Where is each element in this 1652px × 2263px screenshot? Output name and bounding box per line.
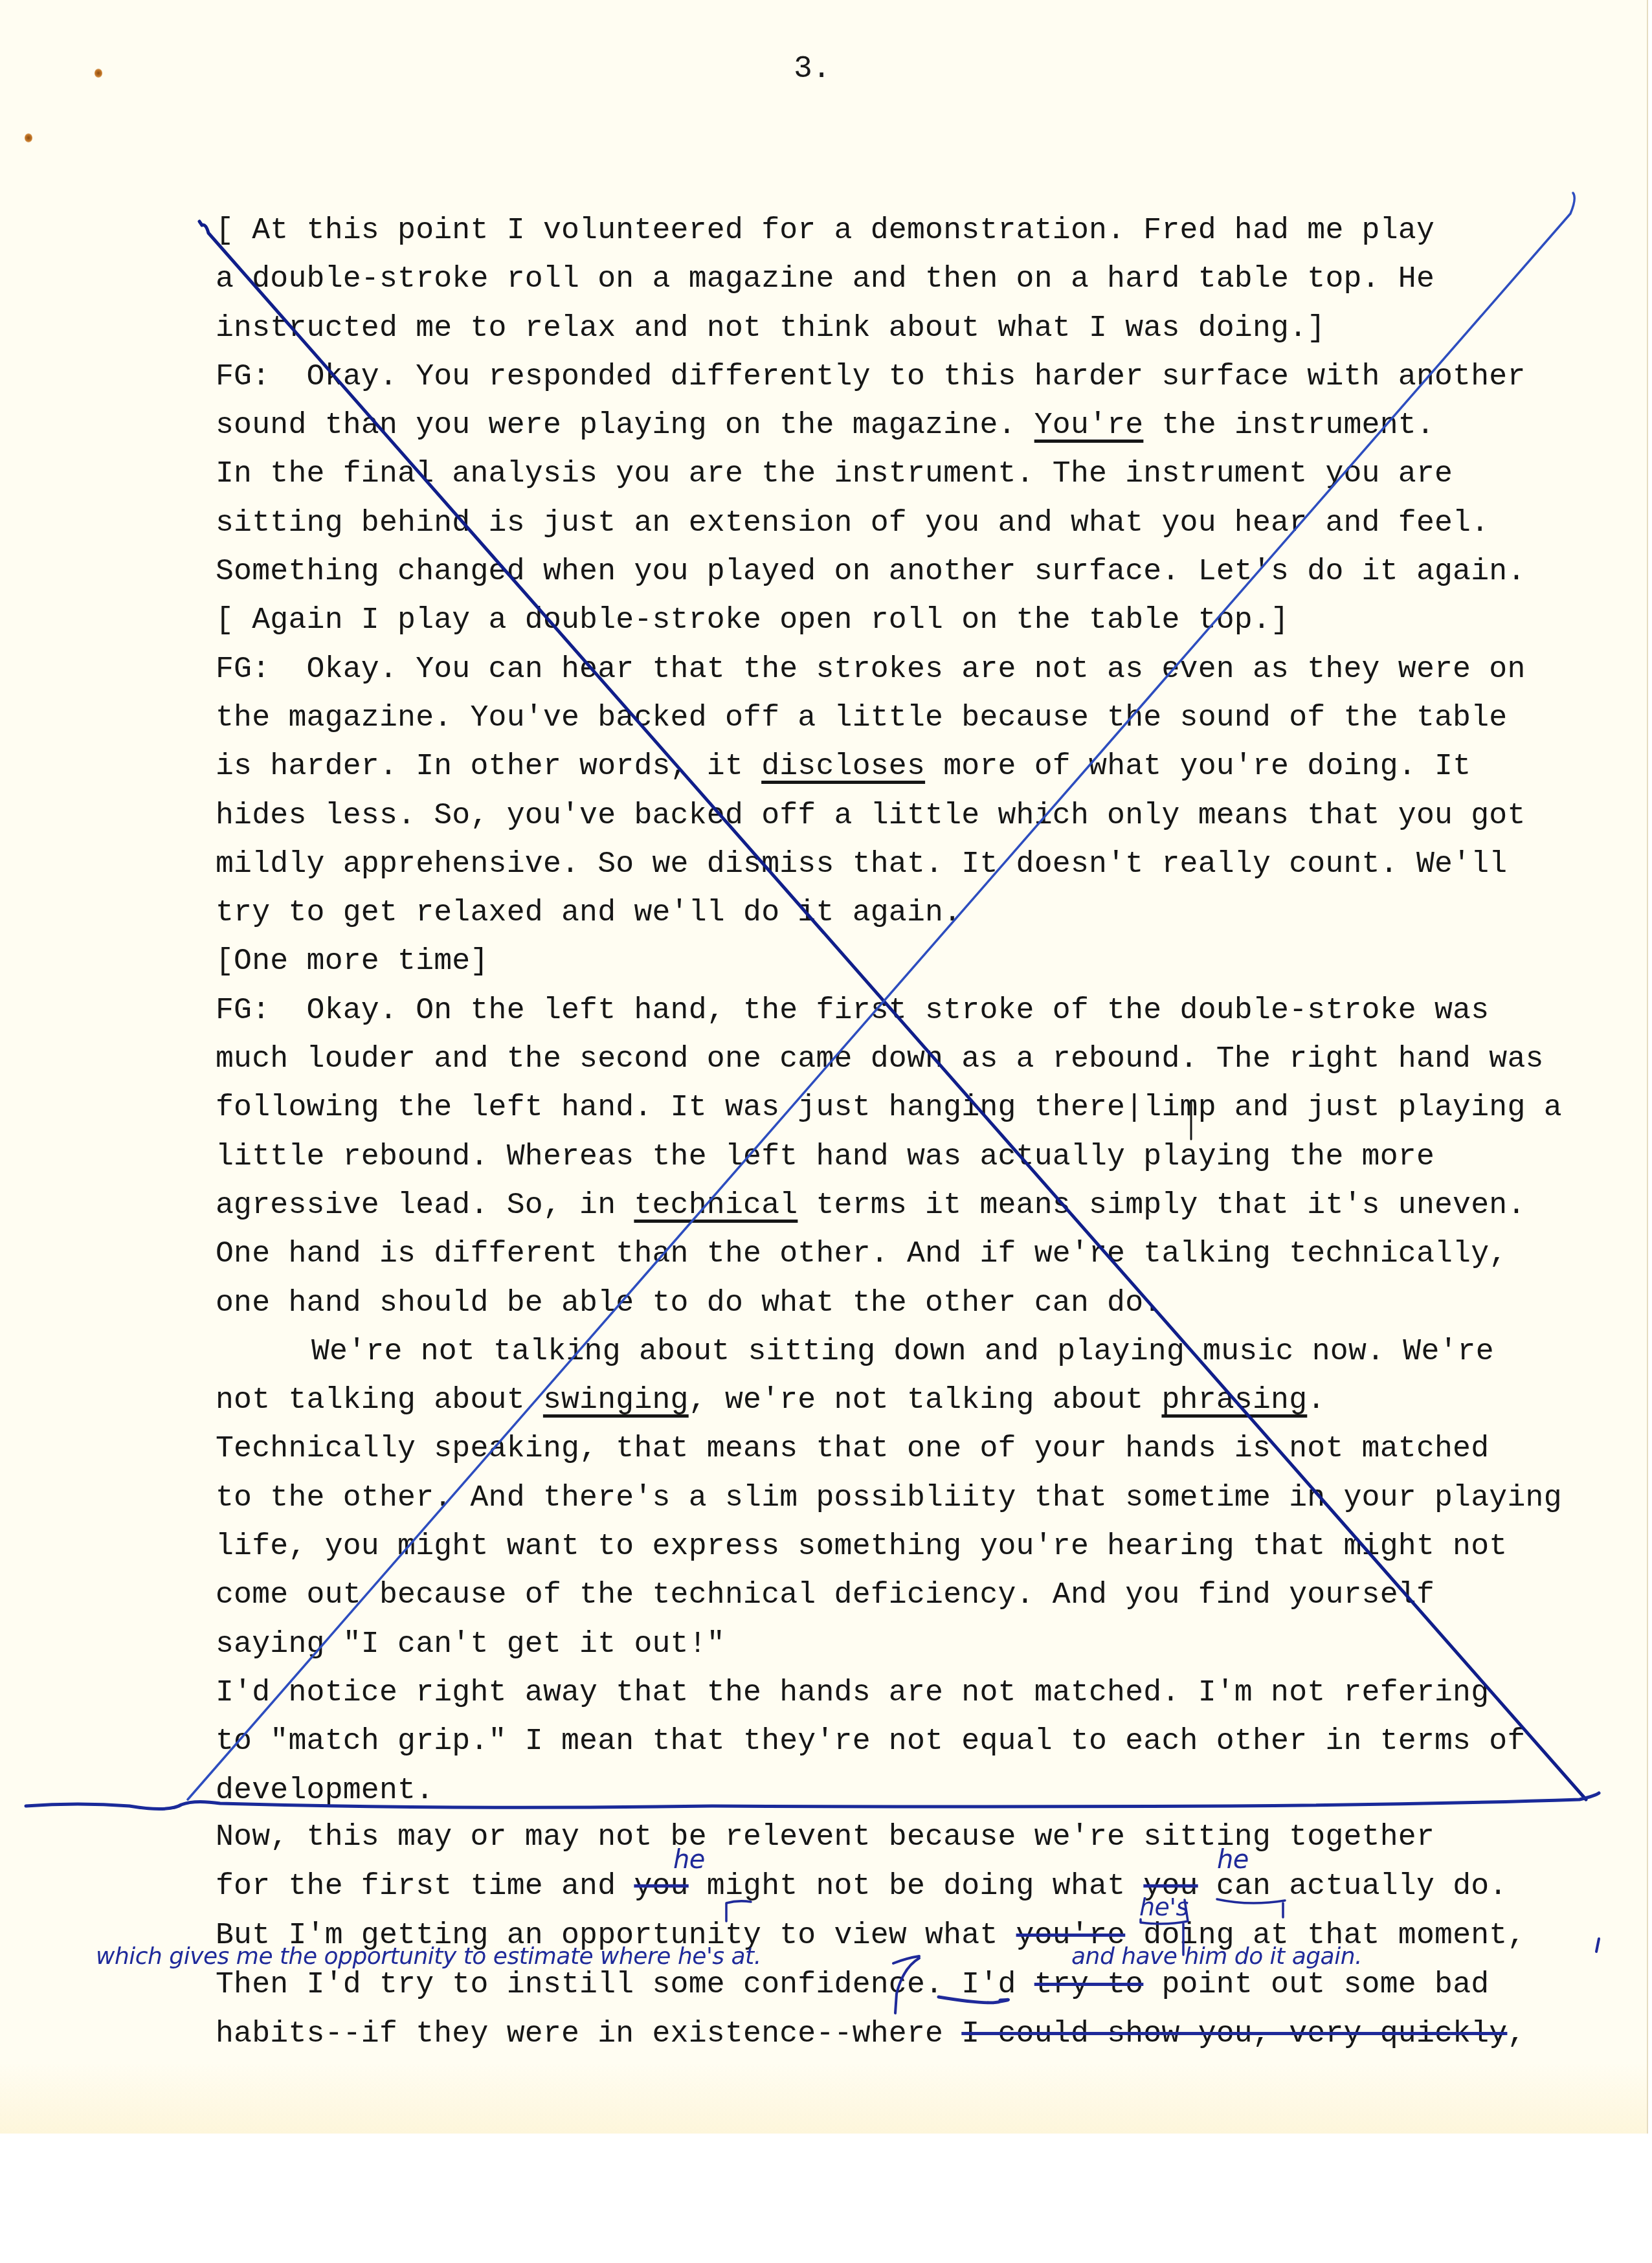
typed-line: a double-stroke roll on a magazine and t… xyxy=(216,254,1652,303)
typed-line: one hand should be able to do what the o… xyxy=(216,1278,1652,1327)
typed-line: We're not talking about sitting down and… xyxy=(216,1327,1652,1376)
typed-line: much louder and the second one came down… xyxy=(216,1034,1652,1083)
edited-transcript-section: Now, this may or may not be relevent bec… xyxy=(216,1812,1652,2058)
handwritten-hes-insertion: he's xyxy=(1139,1893,1189,1921)
typed-line: try to get relaxed and we'll do it again… xyxy=(216,888,1652,937)
underlined-word: technical xyxy=(634,1188,798,1222)
typed-line: Now, this may or may not be relevent bec… xyxy=(216,1812,1652,1862)
handwritten-he-insertion-2: he xyxy=(1217,1845,1249,1875)
typed-line: agressive lead. So, in technical terms i… xyxy=(216,1181,1652,1229)
typed-line: not talking about swinging, we're not ta… xyxy=(216,1376,1652,1424)
typed-line: instructed me to relax and not think abo… xyxy=(216,304,1652,352)
handwritten-insert-note: and have him do it again. xyxy=(1071,1943,1362,1970)
page-number: 3. xyxy=(794,52,831,87)
typed-line: sound than you were playing on the magaz… xyxy=(216,401,1652,449)
typed-line: to the other. And there's a slim possibl… xyxy=(216,1473,1652,1522)
typed-line: [One more time] xyxy=(216,937,1652,985)
typed-line: FG: Okay. On the left hand, the first st… xyxy=(216,986,1652,1034)
struck-out-words: try to xyxy=(1034,1967,1144,2001)
underlined-word: phrasing xyxy=(1161,1383,1307,1417)
typed-line: saying "I can't get it out!" xyxy=(216,1620,1652,1668)
typed-line: following the left hand. It was just han… xyxy=(216,1083,1652,1131)
rust-spot xyxy=(95,69,102,78)
typed-line: [ Again I play a double-stroke open roll… xyxy=(216,596,1652,644)
typed-line: hides less. So, you've backed off a litt… xyxy=(216,791,1652,840)
typed-line: little rebound. Whereas the left hand wa… xyxy=(216,1132,1652,1181)
typed-line: In the final analysis you are the instru… xyxy=(216,449,1652,498)
typed-line: development. xyxy=(216,1766,1652,1814)
typed-line: for the first time and you might not be … xyxy=(216,1862,1652,1911)
typed-line: come out because of the technical defici… xyxy=(216,1570,1652,1619)
underlined-word: You're xyxy=(1034,408,1144,442)
handwritten-he-insertion-1: he xyxy=(673,1845,705,1875)
rust-spot xyxy=(25,133,32,142)
typed-line: is harder. In other words, it discloses … xyxy=(216,742,1652,790)
typed-line: the magazine. You've backed off a little… xyxy=(216,693,1652,742)
typed-line: sitting behind is just an extension of y… xyxy=(216,498,1652,547)
struck-out-words: I could show you, very quickly xyxy=(961,2016,1507,2051)
typed-line: I'd notice right away that the hands are… xyxy=(216,1668,1652,1717)
underlined-word: discloses xyxy=(761,749,925,783)
crossed-out-transcript-section: [ At this point I volunteered for a demo… xyxy=(216,206,1652,1814)
typed-line: life, you might want to express somethin… xyxy=(216,1522,1652,1570)
typed-line: FG: Okay. You can hear that the strokes … xyxy=(216,645,1652,693)
typed-line: One hand is different than the other. An… xyxy=(216,1229,1652,1278)
handwritten-margin-note: which gives me the opportunity to estima… xyxy=(96,1943,761,1970)
typed-line: Something changed when you played on ano… xyxy=(216,547,1652,596)
typewritten-page: 3. [ At this point I volunteered for a d… xyxy=(0,0,1648,2134)
underlined-word: swinging xyxy=(543,1383,689,1417)
typed-line: mildly apprehensive. So we dismiss that.… xyxy=(216,840,1652,888)
typed-line: to "match grip." I mean that they're not… xyxy=(216,1717,1652,1765)
typed-line: habits--if they were in existence--where… xyxy=(216,2009,1652,2058)
typed-line: Technically speaking, that means that on… xyxy=(216,1424,1652,1473)
typed-line: FG: Okay. You responded differently to t… xyxy=(216,352,1652,401)
typed-line: [ At this point I volunteered for a demo… xyxy=(216,206,1652,254)
